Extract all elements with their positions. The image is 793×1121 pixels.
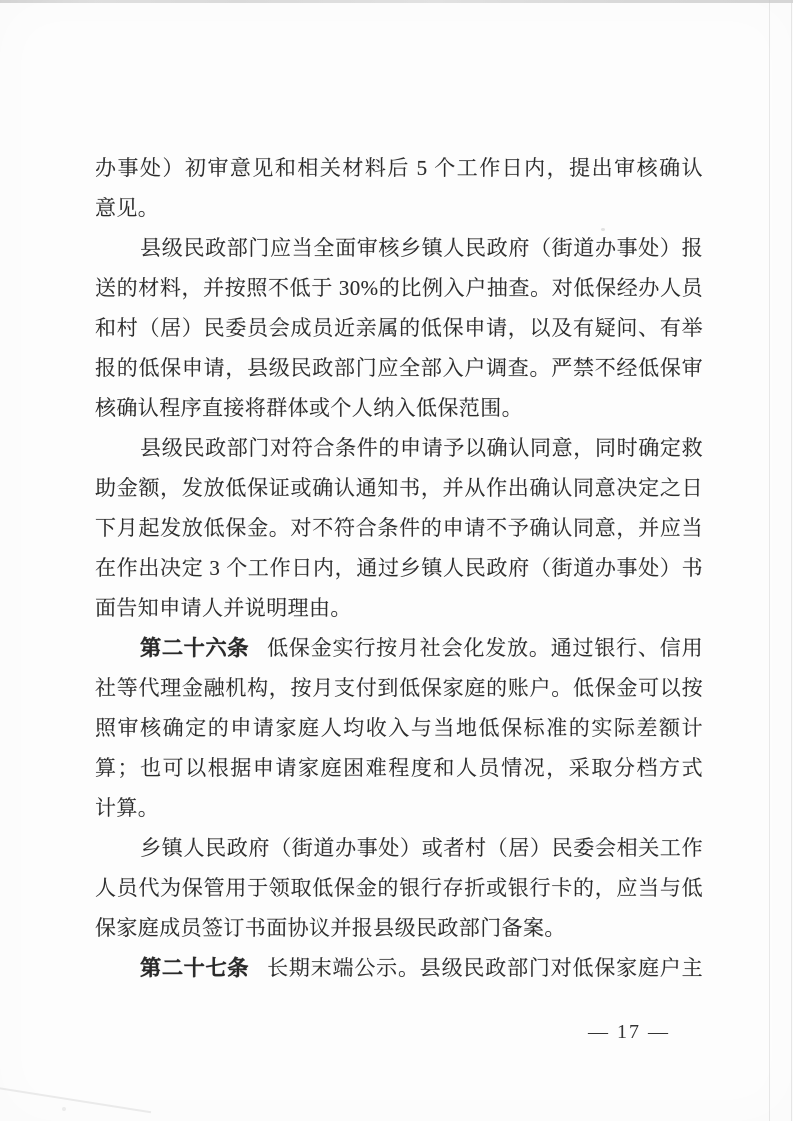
text-line: 和村（居）民委员会成员近亲属的低保申请，以及有疑问、有举 — [95, 308, 703, 348]
scan-edge-right-inner — [769, 0, 770, 1121]
body-text: 办事处）初审意见和相关材料后 5 个工作日内，提出审核确认 意见。 县级民政部门… — [95, 148, 703, 988]
article-text: 长期末端公示。县级民政部门对低保家庭户主 — [267, 956, 703, 980]
text-line: 人员代为保管用于领取低保金的银行存折或银行卡的，应当与低 — [95, 868, 703, 908]
text-line: 送的材料，并按照不低于 30%的比例入户抽查。对低保经办人员 — [95, 268, 703, 308]
scan-artifact-corner — [0, 1085, 151, 1114]
scan-edge-top — [0, 0, 793, 3]
text-line: 下月起发放低保金。对不符合条件的申请不予确认同意，并应当 — [95, 508, 703, 548]
article-number: 第二十六条 — [140, 636, 249, 660]
text-line: 算；也可以根据申请家庭困难程度和人员情况，采取分档方式 — [95, 748, 703, 788]
scan-edge-right-outer — [791, 0, 792, 1121]
text-line: 照审核确定的申请家庭人均收入与当地低保标准的实际差额计 — [95, 708, 703, 748]
article-number: 第二十七条 — [140, 956, 249, 980]
text-line: 面告知申请人并说明理由。 — [95, 588, 703, 628]
text-line: 乡镇人民政府（街道办事处）或者村（居）民委会相关工作 — [95, 828, 703, 868]
text-line: 计算。 — [95, 788, 703, 828]
text-line: 助金额，发放低保证或确认通知书，并从作出确认同意决定之日 — [95, 468, 703, 508]
article-text: 低保金实行按月社会化发放。通过银行、信用 — [267, 636, 703, 660]
text-line-article-26: 第二十六条低保金实行按月社会化发放。通过银行、信用 — [95, 628, 703, 668]
text-line: 社等代理金融机构，按月支付到低保家庭的账户。低保金可以按 — [95, 668, 703, 708]
text-line: 保家庭成员签订书面协议并报县级民政部门备案。 — [95, 908, 703, 948]
text-line: 县级民政部门对符合条件的申请予以确认同意，同时确定救 — [95, 428, 703, 468]
text-line: 意见。 — [95, 188, 703, 228]
text-line: 在作出决定 3 个工作日内，通过乡镇人民政府（街道办事处）书 — [95, 548, 703, 588]
text-line: 办事处）初审意见和相关材料后 5 个工作日内，提出审核确认 — [95, 148, 703, 188]
text-line: 报的低保申请，县级民政部门应全部入户调查。严禁不经低保审 — [95, 348, 703, 388]
text-line: 核确认程序直接将群体或个人纳入低保范围。 — [95, 388, 703, 428]
page-number: — 17 — — [588, 1017, 708, 1047]
text-line-article-27: 第二十七条长期末端公示。县级民政部门对低保家庭户主 — [95, 948, 703, 988]
document-page: 办事处）初审意见和相关材料后 5 个工作日内，提出审核确认 意见。 县级民政部门… — [0, 0, 793, 1121]
scan-artifact-speck — [62, 1107, 66, 1111]
text-line: 县级民政部门应当全面审核乡镇人民政府（街道办事处）报 — [95, 228, 703, 268]
